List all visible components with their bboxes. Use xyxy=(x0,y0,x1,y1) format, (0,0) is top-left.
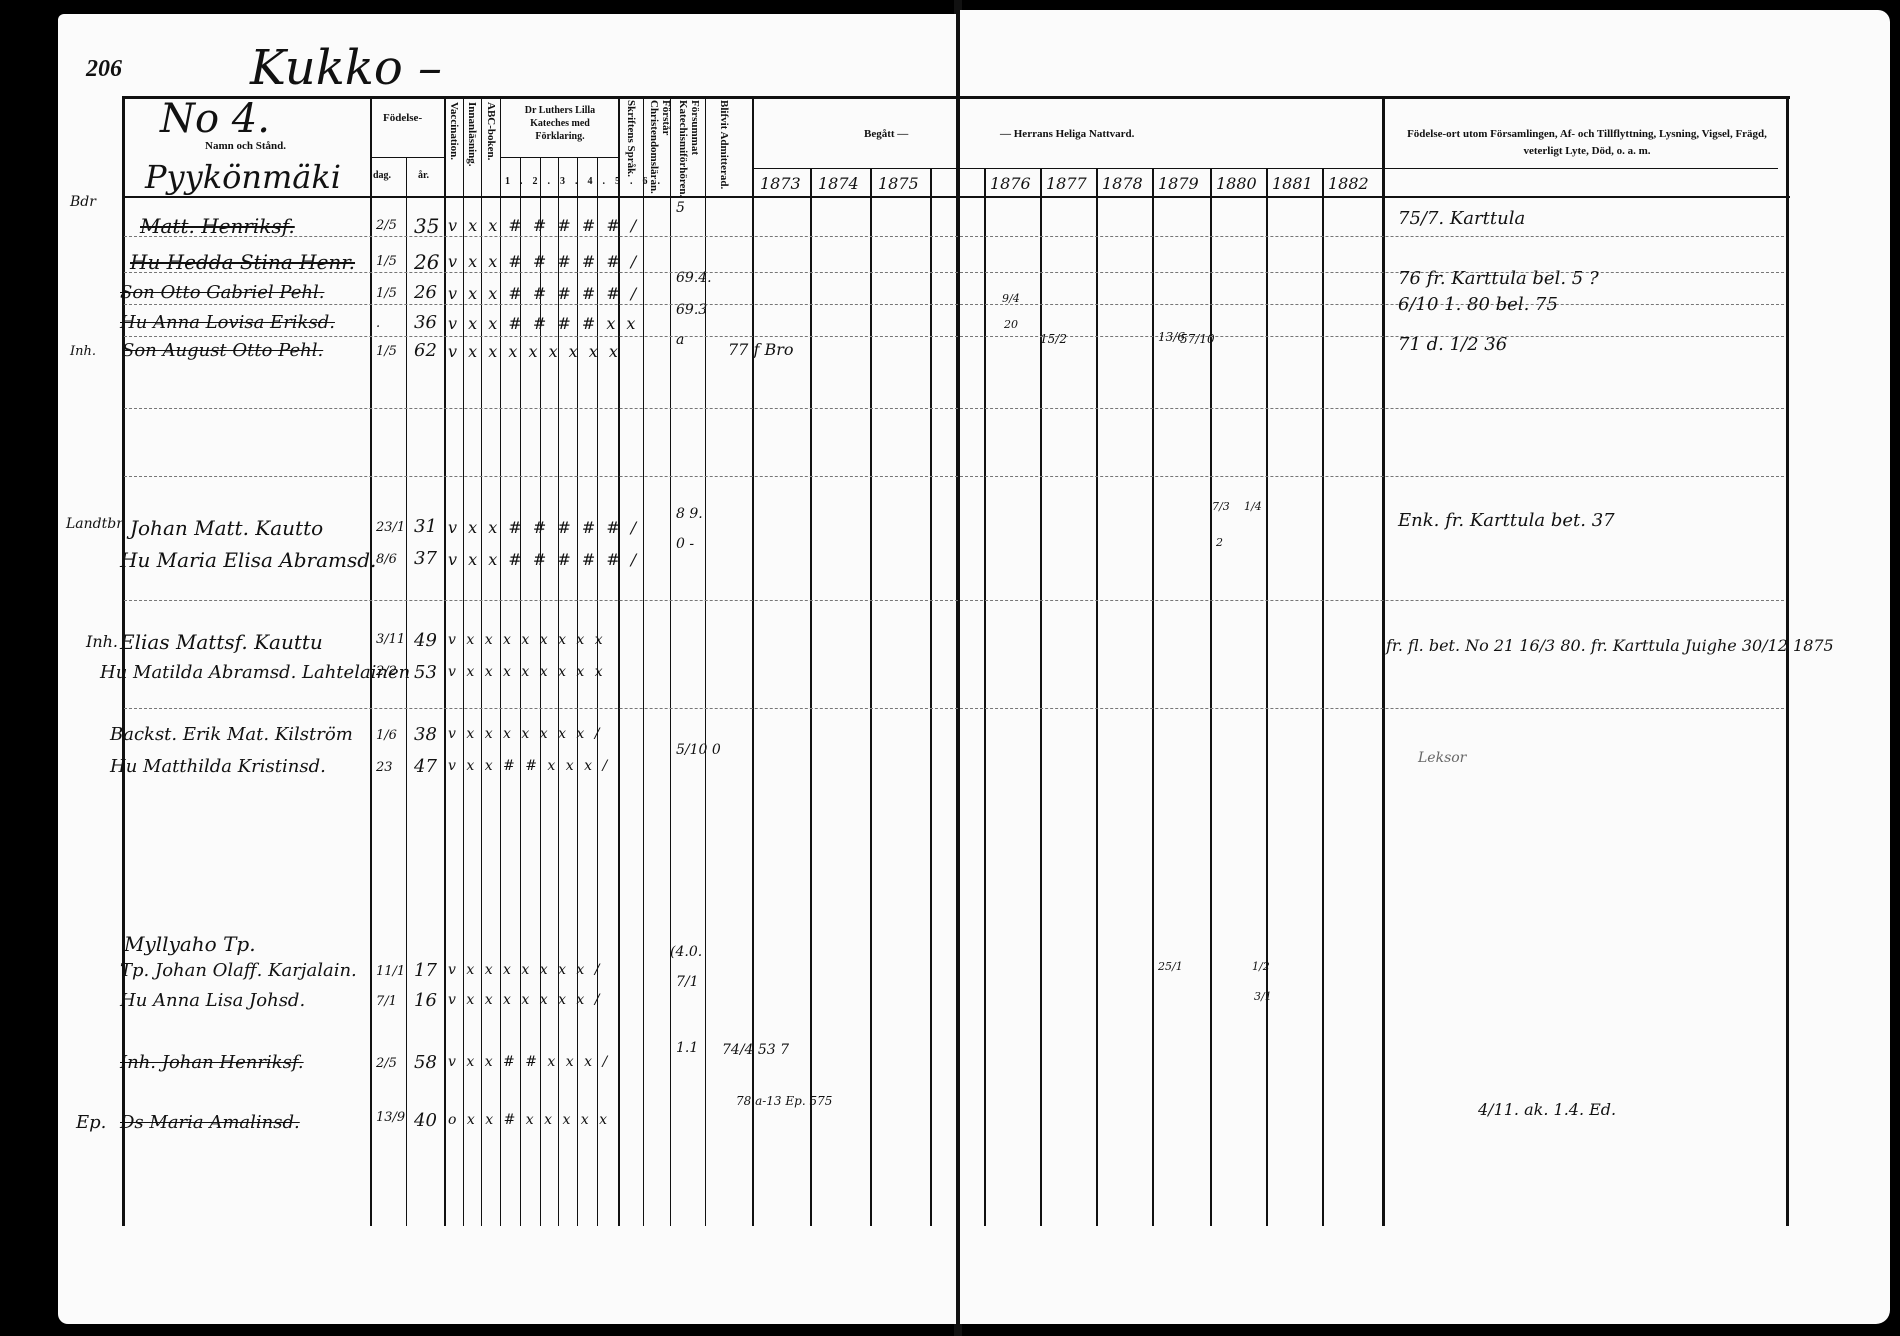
header-vaccination: Vaccination. xyxy=(448,102,460,160)
row-name: Hu Hedda Stina Henr. xyxy=(130,250,355,274)
row-remark: Enk. fr. Karttula bet. 37 xyxy=(1398,510,1615,531)
header-luther: Dr Luthers Lilla Kateches med Förklaring… xyxy=(505,104,615,143)
row-prefix: Landtbr. xyxy=(66,516,126,532)
missed-note: (4.0. xyxy=(670,944,702,960)
row-remark: Leksor xyxy=(1418,750,1466,766)
row-year: 26 xyxy=(414,282,437,303)
row-marks: v x x x x x x x / xyxy=(448,962,603,978)
row-year: 26 xyxy=(414,250,439,274)
row-day: 2/5 xyxy=(376,218,397,233)
row-year: 40 xyxy=(414,1110,437,1131)
row-name: Inh. Johan Henriksf. xyxy=(120,1052,304,1073)
village-name: Kukko – xyxy=(250,40,442,96)
row-day: 1/5 xyxy=(376,286,397,301)
row-day: 8/6 xyxy=(376,552,397,567)
row-marks: v x x # # # # # / xyxy=(448,518,639,537)
row-day: 7/1 xyxy=(376,994,397,1009)
year-1876: 1876 xyxy=(990,174,1031,193)
row-year: 36 xyxy=(414,312,437,333)
row-year: 53 xyxy=(414,662,437,683)
row-year: 16 xyxy=(414,990,437,1011)
row-day: 23/1 xyxy=(376,520,405,535)
household-number: No 4. xyxy=(160,96,270,142)
row-remark: 75/7. Karttula xyxy=(1398,208,1525,229)
row-marks: v x x # # x x x / xyxy=(448,758,610,774)
admitted-note: 78 a-13 Ep. 575 xyxy=(736,1094,832,1108)
header-birth-year: år. xyxy=(418,170,429,181)
year-1877: 1877 xyxy=(1046,174,1087,193)
row-marks: o x x # x x x x x xyxy=(448,1112,610,1128)
row-name: Son Otto Gabriel Pehl. xyxy=(120,282,324,303)
header-name: Namn och Stånd. xyxy=(205,140,286,152)
year-1880: 1880 xyxy=(1216,174,1257,193)
row-remark: 4/11. ak. 1.4. Ed. xyxy=(1478,1100,1616,1119)
row-name: Myllyaho Tp. xyxy=(124,932,256,956)
row-name: Hu Matthilda Kristinsd. xyxy=(110,756,326,777)
row-marks: v x x x x x x x x xyxy=(448,342,621,361)
year-mark: 57/10 xyxy=(1180,332,1215,346)
year-mark: 7/3 xyxy=(1212,500,1230,513)
row-marks: v x x # # x x x / xyxy=(448,1054,610,1070)
row-prefix: Ep. xyxy=(76,1112,106,1133)
row-year: 49 xyxy=(414,630,437,651)
year-1882: 1882 xyxy=(1328,174,1369,193)
header-remarks: Födelse-ort utom Församlingen, Af- och T… xyxy=(1392,126,1782,160)
missed-note: 69.4. xyxy=(676,270,712,286)
row-name: Hu Maria Elisa Abramsd. xyxy=(120,548,376,572)
year-1875: 1875 xyxy=(878,174,919,193)
row-name: Elias Mattsf. Kauttu xyxy=(120,630,323,654)
row-year: 38 xyxy=(414,724,437,745)
row-day: 1/6 xyxy=(376,728,397,743)
row-day: 1/5 xyxy=(376,254,397,269)
header-reading: Innanläsning. xyxy=(466,102,478,167)
row-marks: v x x x x x x x x xyxy=(448,632,606,648)
header-luther-parts: 1.2.3.4.5.6. xyxy=(505,176,670,187)
year-mark: 1/4 xyxy=(1244,500,1262,513)
header-missed: Försummat Katechismiförhören. xyxy=(677,100,701,190)
table-top-border xyxy=(122,96,1790,99)
row-remark: 76 fr. Karttula bel. 5 ? xyxy=(1398,268,1599,289)
missed-note: 1.1 xyxy=(676,1040,698,1056)
year-mark: 9/4 xyxy=(1002,292,1020,305)
row-marks: v x x # # # # x x xyxy=(448,314,638,333)
row-year: 31 xyxy=(414,516,437,537)
row-name: Johan Matt. Kautto xyxy=(130,516,323,540)
missed-note: 0 - xyxy=(676,536,694,552)
missed-note: 7/1 xyxy=(676,974,699,990)
row-prefix: Inh. xyxy=(86,632,118,651)
row-name: Hu Anna Lisa Johsd. xyxy=(120,990,305,1011)
row-day: 3/11 xyxy=(376,632,405,647)
row-name: Tp. Johan Olaff. Karjalain. xyxy=(120,960,357,981)
year-mark: 1/2 xyxy=(1252,960,1270,973)
row-year: 37 xyxy=(414,548,437,569)
row-name: Ds Maria Amalinsd. xyxy=(120,1112,300,1133)
row-marks: v x x # # # # # / xyxy=(448,216,639,235)
row-day: 13/9 xyxy=(376,1110,405,1125)
row-remark: 6/10 1. 80 bel. 75 xyxy=(1398,294,1558,315)
row-day: 2/5 xyxy=(376,1056,397,1071)
row-year: 35 xyxy=(414,214,439,238)
year-1873: 1873 xyxy=(760,174,801,193)
missed-note: 5/10 0 xyxy=(676,742,721,758)
row-prefix: Bdr xyxy=(70,194,96,210)
year-mark: 3/1 xyxy=(1254,990,1272,1003)
row-marks: v x x x x x x x x xyxy=(448,664,606,680)
row-year: 62 xyxy=(414,340,437,361)
row-day: 2/2 xyxy=(376,664,397,679)
row-name: Hu Anna Lovisa Eriksd. xyxy=(120,312,335,333)
row-year: 17 xyxy=(414,960,437,981)
year-1881: 1881 xyxy=(1272,174,1313,193)
header-birth: Födelse- xyxy=(383,112,422,124)
row-marks: v x x x x x x x / xyxy=(448,992,603,1008)
header-birth-day: dag. xyxy=(373,170,391,181)
missed-note: a xyxy=(676,332,684,348)
header-admitted: Blifvit Admitterad. xyxy=(718,100,730,190)
page-number: 206 xyxy=(86,56,122,83)
row-year: 58 xyxy=(414,1052,437,1073)
row-marks: v x x # # # # # / xyxy=(448,550,639,569)
table-right-border xyxy=(1786,96,1789,1226)
header-abc: ABC-boken. xyxy=(485,102,497,160)
admitted-note: 74/4 53 7 xyxy=(722,1042,789,1058)
row-remark: 71 d. 1/2 36 xyxy=(1398,334,1507,355)
admitted-note: 77 f Bro xyxy=(728,340,794,359)
year-mark: 25/1 xyxy=(1158,960,1183,973)
year-mark: 20 xyxy=(1004,318,1018,331)
farm-name: Pyykönmäki xyxy=(145,158,341,196)
header-scripture: Skriftens Språk. xyxy=(625,100,637,177)
year-1874: 1874 xyxy=(818,174,859,193)
row-name: Matt. Henriksf. xyxy=(140,214,295,238)
row-day: 11/1 xyxy=(376,964,405,979)
header-nattvard: — Herrans Heliga Nattvard. xyxy=(1000,128,1134,140)
row-marks: v x x # # # # # / xyxy=(448,284,639,303)
year-mark: 2 xyxy=(1216,536,1223,549)
missed-note: 5 xyxy=(676,200,685,216)
row-remark: fr. fl. bet. No 21 16/3 80. fr. Karttula… xyxy=(1386,636,1834,655)
row-day: . xyxy=(376,316,380,331)
row-name: Son August Otto Pehl. xyxy=(122,340,323,361)
row-name: Backst. Erik Mat. Kilström xyxy=(110,724,353,745)
row-prefix: Inh. xyxy=(70,344,96,359)
year-1879: 1879 xyxy=(1158,174,1199,193)
row-marks: v x x # # # # # / xyxy=(448,252,639,271)
missed-note: 8 9. xyxy=(676,506,703,522)
header-bottom-border xyxy=(122,196,1790,198)
year-mark: 15/2 xyxy=(1040,332,1067,346)
row-year: 47 xyxy=(414,756,437,777)
row-day: 1/5 xyxy=(376,344,397,359)
row-day: 23 xyxy=(376,760,393,775)
header-begatt: Begått — xyxy=(864,128,908,140)
year-1878: 1878 xyxy=(1102,174,1143,193)
header-understands: Förstår Christendomsläran. xyxy=(648,100,672,190)
row-marks: v x x x x x x x / xyxy=(448,726,603,742)
row-name: Hu Matilda Abramsd. Lahtelainen xyxy=(100,662,410,683)
missed-note: 69.3 xyxy=(676,302,707,318)
